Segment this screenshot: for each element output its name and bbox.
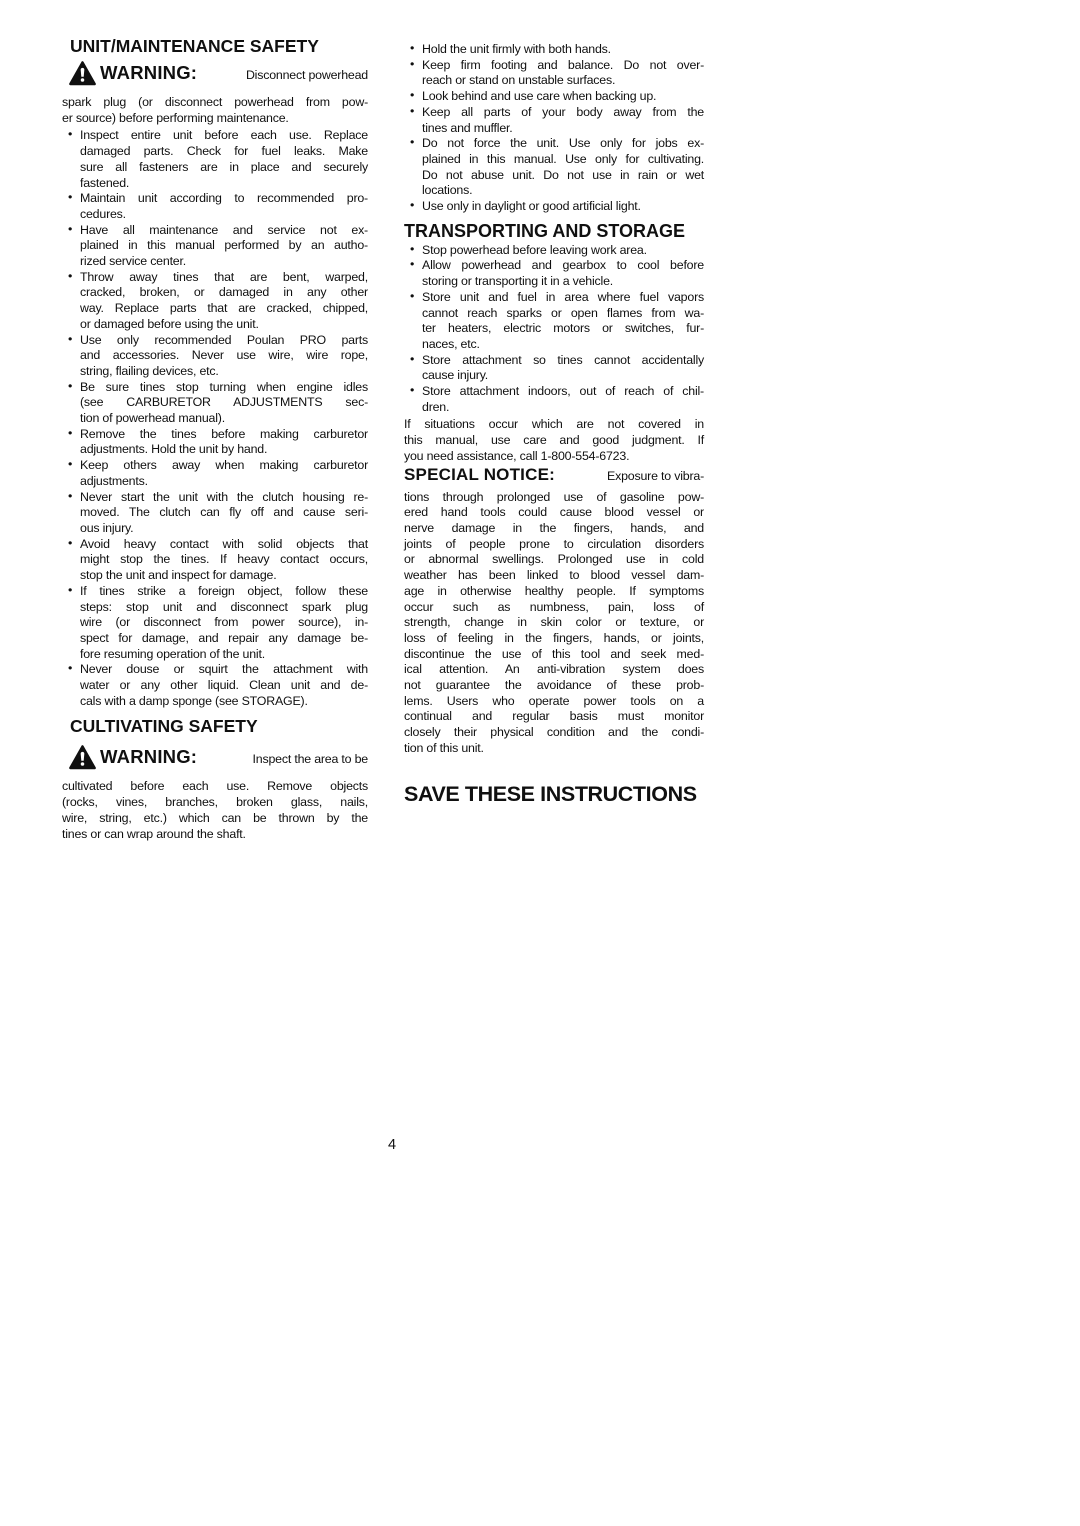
- text-line: damaged parts. Check for fuel leaks. Mak…: [80, 144, 368, 160]
- warning-triangle-icon: [69, 745, 96, 770]
- text-line: adjustments. Hold the unit by hand.: [80, 442, 368, 458]
- text-line: adjustments.: [80, 474, 368, 490]
- text-line: plained in this manual. Use only for cul…: [422, 152, 704, 168]
- text-line: cultivated before each use. Remove objec…: [62, 779, 368, 795]
- text-line: Never start the unit with the clutch hou…: [80, 490, 368, 506]
- lead-rest-text: Exposure to vibra-: [607, 469, 704, 485]
- bullet-item: Keep all parts of your body away from th…: [404, 105, 704, 136]
- bullet-item: Never douse or squirt the attachment wit…: [62, 662, 368, 709]
- text-line: (see CARBURETOR ADJUSTMENTS sec-: [80, 395, 368, 411]
- bullet-item: Maintain unit according to recommended p…: [62, 191, 368, 222]
- text-line: spect for damage, and repair any damage …: [80, 631, 368, 647]
- text-line: fastened.: [80, 176, 368, 192]
- bullet-item: Hold the unit firmly with both hands.: [404, 42, 704, 58]
- bullet-item: Throw away tines that are bent, warped,c…: [62, 270, 368, 333]
- text-line: steps: stop unit and disconnect spark pl…: [80, 600, 368, 616]
- text-line: tines or can wrap around the shaft.: [62, 827, 368, 843]
- text-line: tines and muffler.: [422, 121, 704, 137]
- bullet-item: Use only recommended Poulan PRO partsand…: [62, 333, 368, 380]
- text-line: discontinue the use of this tool and see…: [404, 647, 704, 663]
- text-line: wire, string, etc.) which can be thrown …: [62, 811, 368, 827]
- text-line: loss of feeling in the fingers, hands, o…: [404, 631, 704, 647]
- text-line: ered hand tools could cause blood vessel…: [404, 505, 704, 521]
- bullet-item: Avoid heavy contact with solid objects t…: [62, 537, 368, 584]
- text-line: weather has been linked to blood vessel …: [404, 568, 704, 584]
- bullet-item: Store attachment indoors, out of reach o…: [404, 384, 704, 415]
- text-line: or damaged before using the unit.: [80, 317, 368, 333]
- bullet-item: Store attachment so tines cannot acciden…: [404, 353, 704, 384]
- text-line: dren.: [422, 400, 704, 416]
- text-line: cals with a damp sponge (see STORAGE).: [80, 694, 368, 710]
- text-line: way. Replace parts that are cracked, chi…: [80, 301, 368, 317]
- text-line: wire (or disconnect from power source), …: [80, 615, 368, 631]
- lead-label: SPECIAL NOTICE:: [404, 467, 555, 483]
- text-line: storing or transporting it in a vehicle.: [422, 274, 704, 290]
- lead-rest-text: Inspect the area to be: [253, 752, 368, 768]
- text-line: Do not abuse unit. Do not use in rain or…: [422, 168, 704, 184]
- warning-block: WARNING:Disconnect powerheadspark plug (…: [62, 65, 368, 126]
- special-notice-block: SPECIAL NOTICE:Exposure to vibra-tions t…: [404, 467, 704, 757]
- lead-label: WARNING:: [100, 749, 197, 765]
- text-line: spark plug (or disconnect powerhead from…: [62, 95, 368, 111]
- text-line: Hold the unit firmly with both hands.: [422, 42, 704, 58]
- heading-save-these-instructions: SAVE THESE INSTRUCTIONS: [404, 782, 704, 806]
- text-line: fore resuming operation of the unit.: [80, 647, 368, 663]
- text-line: strength, change in skin color or textur…: [404, 615, 704, 631]
- text-line: Use only in daylight or good artificial …: [422, 199, 704, 215]
- text-line: Store attachment so tines cannot acciden…: [422, 353, 704, 369]
- text-line: nerve damage in the fingers, hands, and: [404, 521, 704, 537]
- text-line: Keep others away when making carburetor: [80, 458, 368, 474]
- heading-unit-maintenance-safety: UNIT/MAINTENANCE SAFETY: [70, 36, 368, 56]
- bullet-item: Allow powerhead and gearbox to cool befo…: [404, 258, 704, 289]
- text-line: might stop the tines. If heavy contact o…: [80, 552, 368, 568]
- text-line: Be sure tines stop turning when engine i…: [80, 380, 368, 396]
- warning-triangle-icon: [69, 61, 96, 86]
- text-line: Have all maintenance and service not ex-: [80, 223, 368, 239]
- text-line: closely their physical condition and the…: [404, 725, 704, 741]
- text-line: continual and regular basis must monitor: [404, 709, 704, 725]
- text-line: Maintain unit according to recommended p…: [80, 191, 368, 207]
- text-line: not guarantee the avoidance of these pro…: [404, 678, 704, 694]
- bullet-item: Look behind and use care when backing up…: [404, 89, 704, 105]
- text-line: Avoid heavy contact with solid objects t…: [80, 537, 368, 553]
- bullet-item: Stop powerhead before leaving work area.: [404, 243, 704, 259]
- text-line: Throw away tines that are bent, warped,: [80, 270, 368, 286]
- text-line: cannot reach sparks or open flames from …: [422, 306, 704, 322]
- text-line: Stop powerhead before leaving work area.: [422, 243, 704, 259]
- bullet-list: Hold the unit firmly with both hands.Kee…: [404, 42, 704, 215]
- lead-label: WARNING:: [100, 65, 197, 81]
- text-line: ter heaters, electric motors or switches…: [422, 321, 704, 337]
- text-line: (rocks, vines, branches, broken glass, n…: [62, 795, 368, 811]
- text-line: joints of people prone to circulation di…: [404, 537, 704, 553]
- bullet-list: Stop powerhead before leaving work area.…: [404, 243, 704, 416]
- text-line: er source) before performing maintenance…: [62, 111, 368, 127]
- text-line: ical attention. An anti-vibration system…: [404, 662, 704, 678]
- bullet-item: Never start the unit with the clutch hou…: [62, 490, 368, 537]
- bullet-item: Inspect entire unit before each use. Rep…: [62, 128, 368, 191]
- page-number: 4: [330, 1137, 454, 1153]
- text-line: Use only recommended Poulan PRO parts: [80, 333, 368, 349]
- text-line: rized service center.: [80, 254, 368, 270]
- text-line: moved. The clutch can fly off and cause …: [80, 505, 368, 521]
- text-line: water or any other liquid. Clean unit an…: [80, 678, 368, 694]
- text-line: Remove the tines before making carbureto…: [80, 427, 368, 443]
- warning-block: WARNING:Inspect the area to becultivated…: [62, 749, 368, 842]
- text-line: naces, etc.: [422, 337, 704, 353]
- text-line: Store attachment indoors, out of reach o…: [422, 384, 704, 400]
- bullet-item: Keep others away when making carburetora…: [62, 458, 368, 489]
- bullet-item: Be sure tines stop turning when engine i…: [62, 380, 368, 427]
- paragraph: If situations occur which are not covere…: [404, 417, 704, 464]
- text-line: Never douse or squirt the attachment wit…: [80, 662, 368, 678]
- text-line: Keep firm footing and balance. Do not ov…: [422, 58, 704, 74]
- bullet-item: Keep firm footing and balance. Do not ov…: [404, 58, 704, 89]
- column-left: UNIT/MAINTENANCE SAFETYWARNING:Disconnec…: [62, 36, 368, 844]
- text-line: If tines strike a foreign object, follow…: [80, 584, 368, 600]
- text-line: If situations occur which are not covere…: [404, 417, 704, 433]
- lead-rest-text: Disconnect powerhead: [246, 68, 368, 84]
- heading-transporting-and-storage: TRANSPORTING AND STORAGE: [404, 221, 704, 241]
- text-line: cedures.: [80, 207, 368, 223]
- text-line: tion of this unit.: [404, 741, 704, 757]
- text-line: locations.: [422, 183, 704, 199]
- text-line: tions through prolonged use of gasoline …: [404, 490, 704, 506]
- text-line: this manual, use care and good judgment.…: [404, 433, 704, 449]
- bullet-list: Inspect entire unit before each use. Rep…: [62, 128, 368, 709]
- lead-row: SPECIAL NOTICE:Exposure to vibra-: [404, 467, 704, 488]
- text-line: ous injury.: [80, 521, 368, 537]
- text-line: Store unit and fuel in area where fuel v…: [422, 290, 704, 306]
- text-line: you need assistance, call 1-800-554-6723…: [404, 449, 704, 465]
- text-line: Inspect entire unit before each use. Rep…: [80, 128, 368, 144]
- text-line: Do not force the unit. Use only for jobs…: [422, 136, 704, 152]
- column-right: Hold the unit firmly with both hands.Kee…: [404, 42, 704, 806]
- text-line: sure all fasteners are in place and secu…: [80, 160, 368, 176]
- text-line: Keep all parts of your body away from th…: [422, 105, 704, 121]
- text-line: cause injury.: [422, 368, 704, 384]
- manual-page: UNIT/MAINTENANCE SAFETYWARNING:Disconnec…: [0, 0, 1080, 1526]
- text-line: reach or stand on unstable surfaces.: [422, 73, 704, 89]
- text-line: plained in this manual performed by an a…: [80, 238, 368, 254]
- text-line: string, flailing devices, etc.: [80, 364, 368, 380]
- bullet-item: Remove the tines before making carbureto…: [62, 427, 368, 458]
- text-line: and accessories. Never use wire, wire ro…: [80, 348, 368, 364]
- text-line: Allow powerhead and gearbox to cool befo…: [422, 258, 704, 274]
- text-line: tion of powerhead manual).: [80, 411, 368, 427]
- bullet-item: Have all maintenance and service not ex-…: [62, 223, 368, 270]
- text-line: cracked, broken, or damaged in any other: [80, 285, 368, 301]
- lead-row: WARNING:Inspect the area to be: [62, 749, 368, 775]
- text-line: age in otherwise healthy people. If symp…: [404, 584, 704, 600]
- lead-row: WARNING:Disconnect powerhead: [62, 65, 368, 91]
- bullet-item: Use only in daylight or good artificial …: [404, 199, 704, 215]
- text-line: lems. Users who operate power tools on a: [404, 694, 704, 710]
- heading-cultivating-safety: CULTIVATING SAFETY: [70, 716, 368, 736]
- text-line: occur such as numbness, pain, loss of: [404, 600, 704, 616]
- text-line: stop the unit and inspect for damage.: [80, 568, 368, 584]
- text-line: Look behind and use care when backing up…: [422, 89, 704, 105]
- bullet-item: If tines strike a foreign object, follow…: [62, 584, 368, 663]
- text-line: or abnormal swellings. Prolonged use in …: [404, 552, 704, 568]
- bullet-item: Store unit and fuel in area where fuel v…: [404, 290, 704, 353]
- bullet-item: Do not force the unit. Use only for jobs…: [404, 136, 704, 199]
